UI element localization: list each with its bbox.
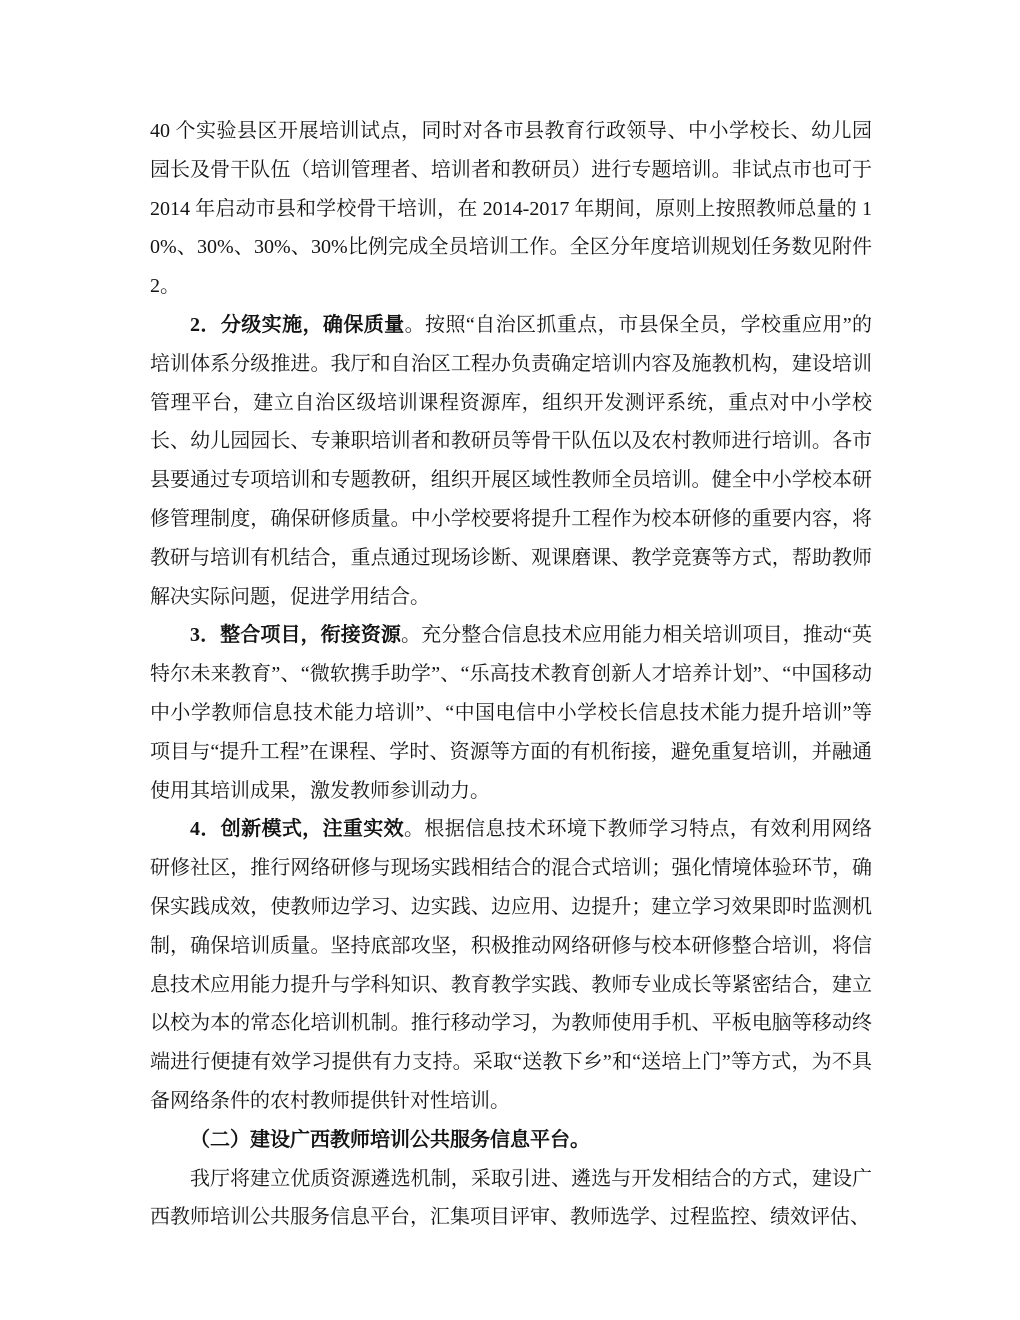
paragraph-text: 我厅将建立优质资源遴选机制，采取引进、遴选与开发相结合的方式，建设广西教师培训公…: [150, 1168, 872, 1229]
paragraph-continuation: 40 个实验县区开展培训试点，同时对各市县教育行政领导、中小学校长、幼儿园园长及…: [150, 112, 872, 306]
section-heading-text: （二）建设广西教师培训公共服务信息平台。: [190, 1129, 590, 1151]
paragraph-text: 。根据信息技术环境下教师学习特点，有效利用网络研修社区，推行网络研修与现场实践相…: [150, 818, 872, 1112]
paragraph-text: 。充分整合信息技术应用能力相关培训项目，推动“英特尔未来教育”、“微软携手助学”…: [150, 624, 872, 801]
document-page: 40 个实验县区开展培训试点，同时对各市县教育行政领导、中小学校长、幼儿园园长及…: [0, 0, 1020, 1320]
paragraph-lead-bold: 4．创新模式，注重实效: [190, 818, 404, 840]
paragraph-item-3: 3．整合项目，衔接资源。充分整合信息技术应用能力相关培训项目，推动“英特尔未来教…: [150, 616, 872, 810]
paragraph-lead-bold: 3．整合项目，衔接资源: [190, 624, 401, 646]
paragraph-item-4: 4．创新模式，注重实效。根据信息技术环境下教师学习特点，有效利用网络研修社区，推…: [150, 810, 872, 1120]
section-heading: （二）建设广西教师培训公共服务信息平台。: [150, 1121, 872, 1160]
paragraph-text: 。按照“自治区抓重点，市县保全员，学校重应用”的培训体系分级推进。我厅和自治区工…: [150, 314, 872, 608]
paragraph-text: 40 个实验县区开展培训试点，同时对各市县教育行政领导、中小学校长、幼儿园园长及…: [150, 120, 872, 297]
paragraph-item-5: 我厅将建立优质资源遴选机制，采取引进、遴选与开发相结合的方式，建设广西教师培训公…: [150, 1160, 872, 1238]
paragraph-item-2: 2．分级实施，确保质量。按照“自治区抓重点，市县保全员，学校重应用”的培训体系分…: [150, 306, 872, 616]
paragraph-lead-bold: 2．分级实施，确保质量: [190, 314, 405, 336]
